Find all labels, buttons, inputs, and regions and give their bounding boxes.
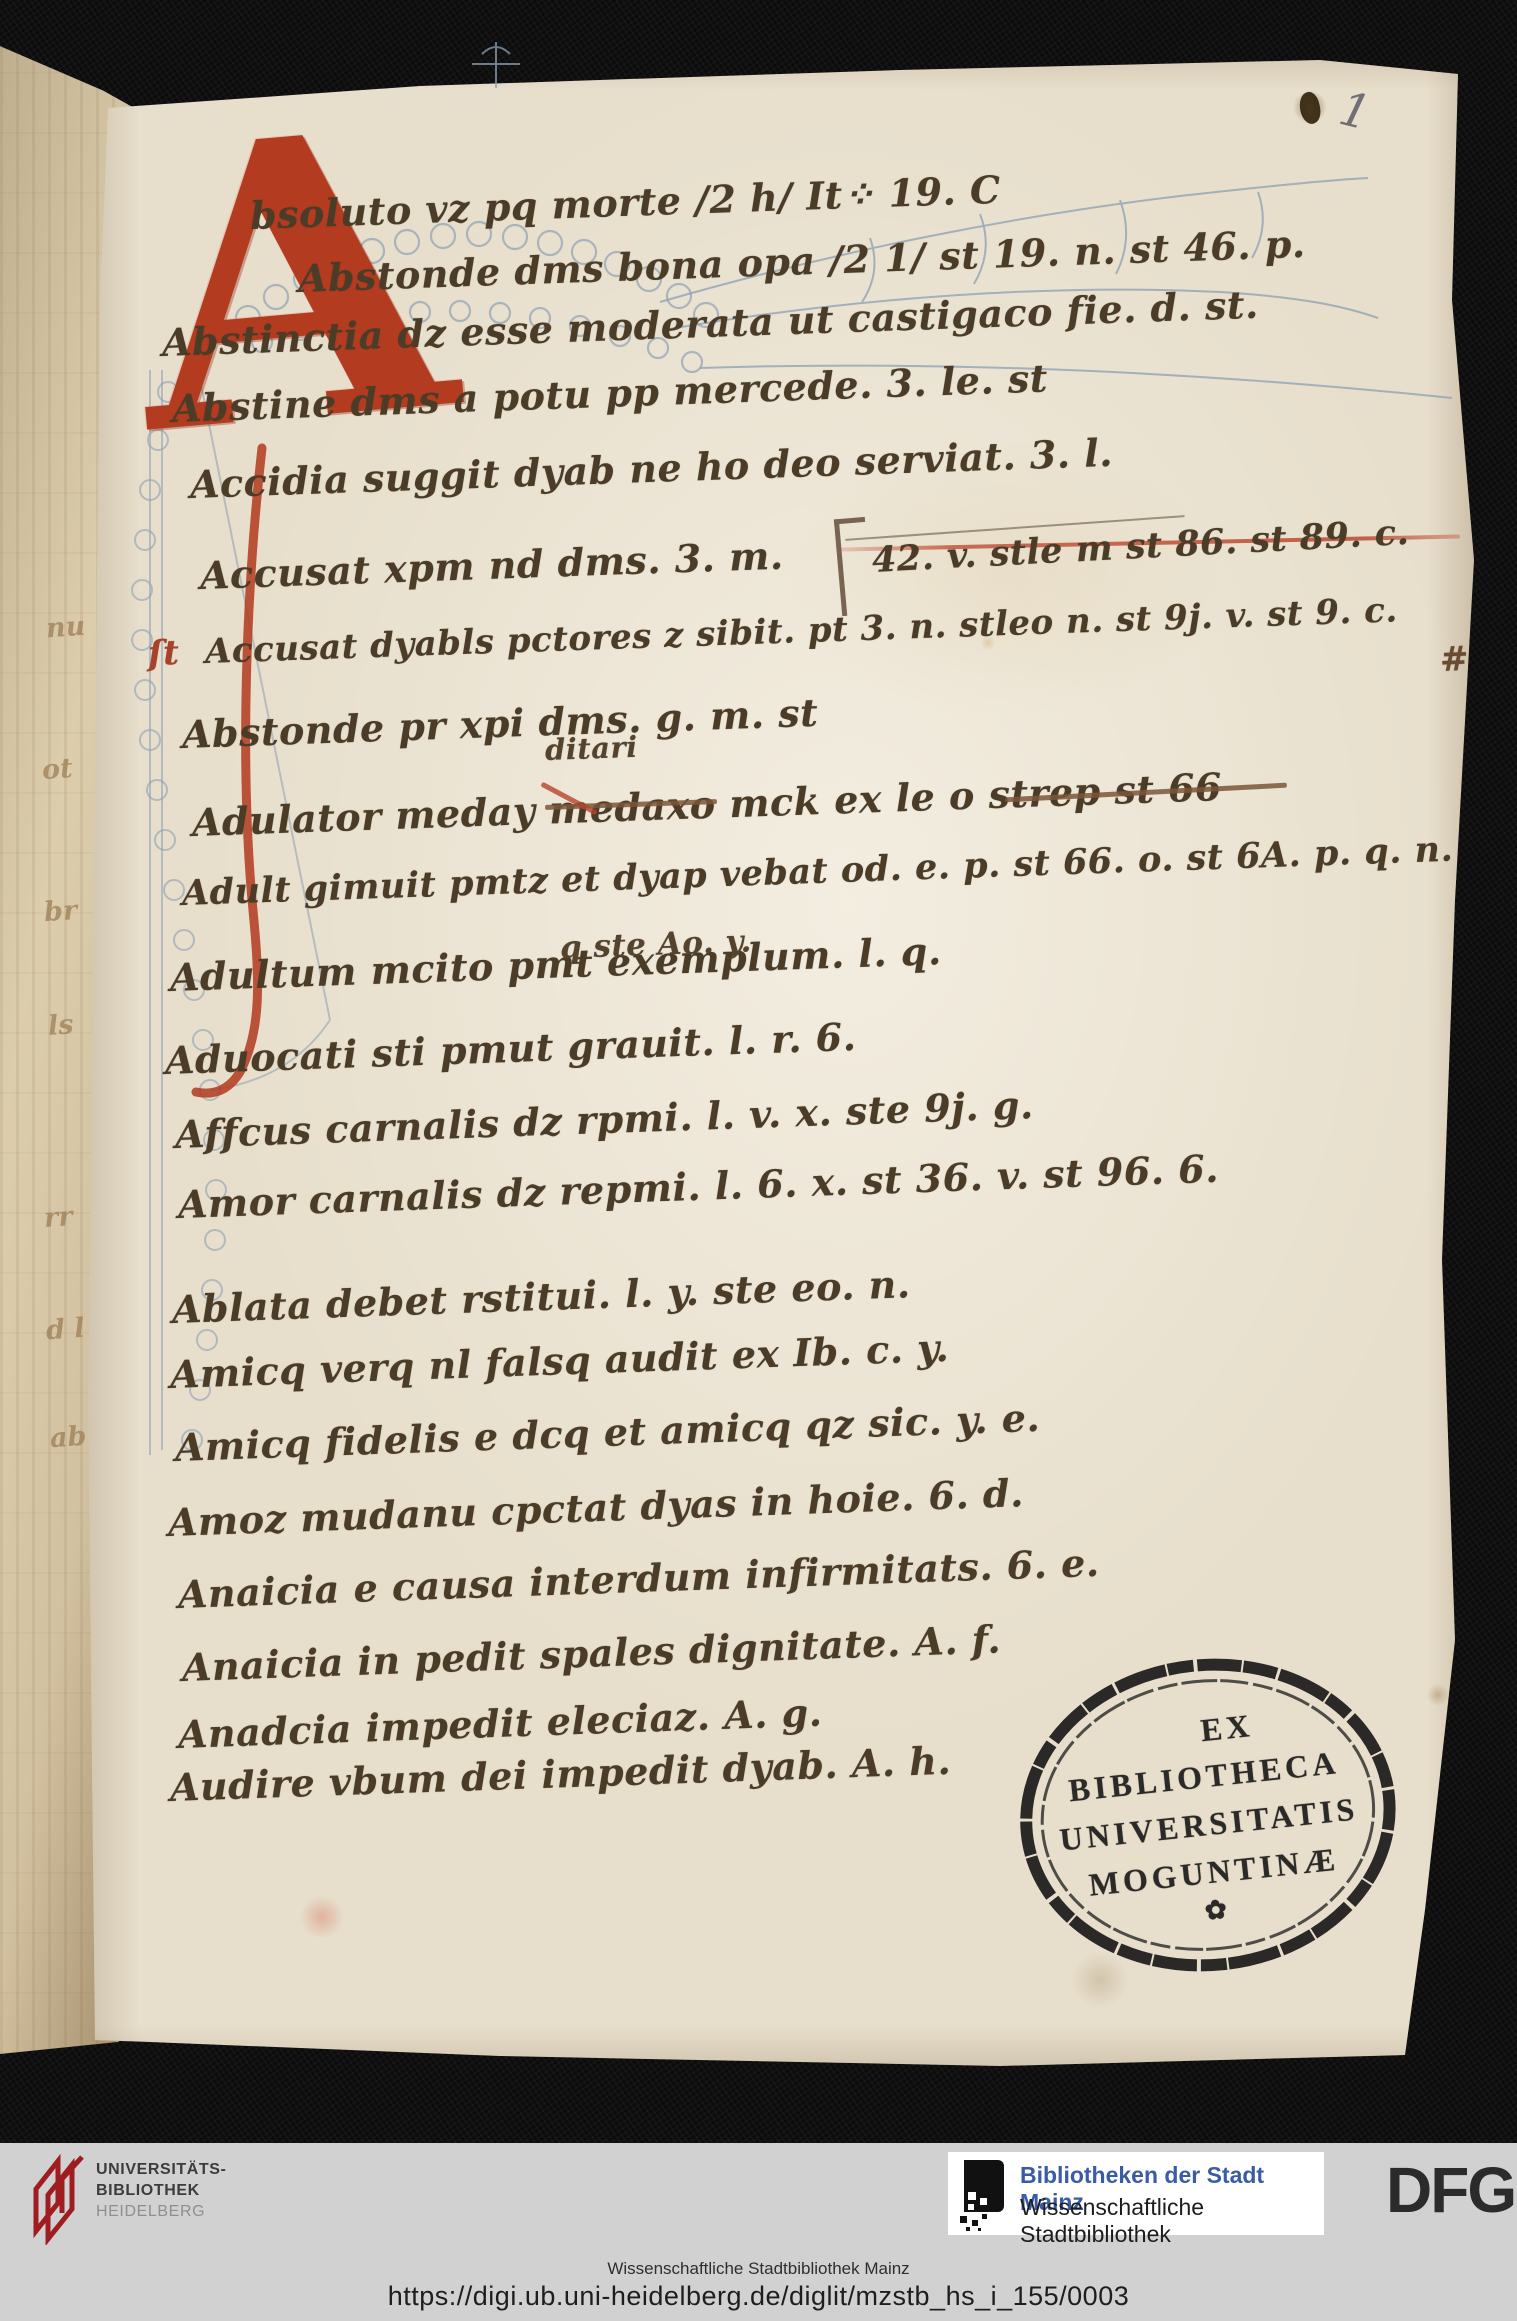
interlinear-note: ditari — [544, 730, 638, 767]
footer-banner: UNIVERSITÄTS- BIBLIOTHEK HEIDELBERG Bibl… — [0, 2143, 1517, 2321]
spine-text-fragment: br — [43, 895, 78, 928]
spine-text-fragment: ls — [47, 1009, 75, 1042]
interlinear-note: q ste Ao. y. — [559, 923, 752, 966]
mainz-library-logo: Bibliotheken der Stadt Mainz Wissenschaf… — [948, 2152, 1324, 2235]
spine-text-fragment: ab — [49, 1421, 87, 1454]
spine-text-fragment: nu — [45, 611, 86, 645]
dfg-logo: DFG — [1386, 2153, 1515, 2227]
footer-caption: Wissenschaftliche Stadtbibliothek Mainz — [0, 2259, 1517, 2279]
heidelberg-line1: UNIVERSITÄTS- — [96, 2159, 226, 2180]
heidelberg-library-icon — [22, 2149, 94, 2245]
spine-text-fragment: rr — [43, 1201, 74, 1234]
heidelberg-library-wordmark: UNIVERSITÄTS- BIBLIOTHEK HEIDELBERG — [96, 2159, 226, 2222]
paraph-mark: # — [1439, 639, 1469, 680]
heidelberg-line3: HEIDELBERG — [96, 2201, 226, 2222]
spine-text-fragment: ot — [41, 753, 74, 786]
mainz-line2: Wissenschaftliche Stadtbibliothek — [1020, 2194, 1324, 2248]
library-stamp: EX BIBLIOTHECA UNIVERSITATIS MOGUNTINÆ ✿ — [992, 1630, 1425, 2002]
heidelberg-line2: BIBLIOTHEK — [96, 2180, 226, 2201]
spine-text-fragment: d l — [45, 1313, 86, 1347]
digitized-manuscript-scan: nu ot br ls rr d l ab — [0, 0, 1517, 2321]
footer-url: https://digi.ub.uni-heidelberg.de/diglit… — [0, 2281, 1517, 2312]
mainz-book-icon — [956, 2158, 1014, 2232]
paraph-mark: ſt — [147, 633, 180, 674]
